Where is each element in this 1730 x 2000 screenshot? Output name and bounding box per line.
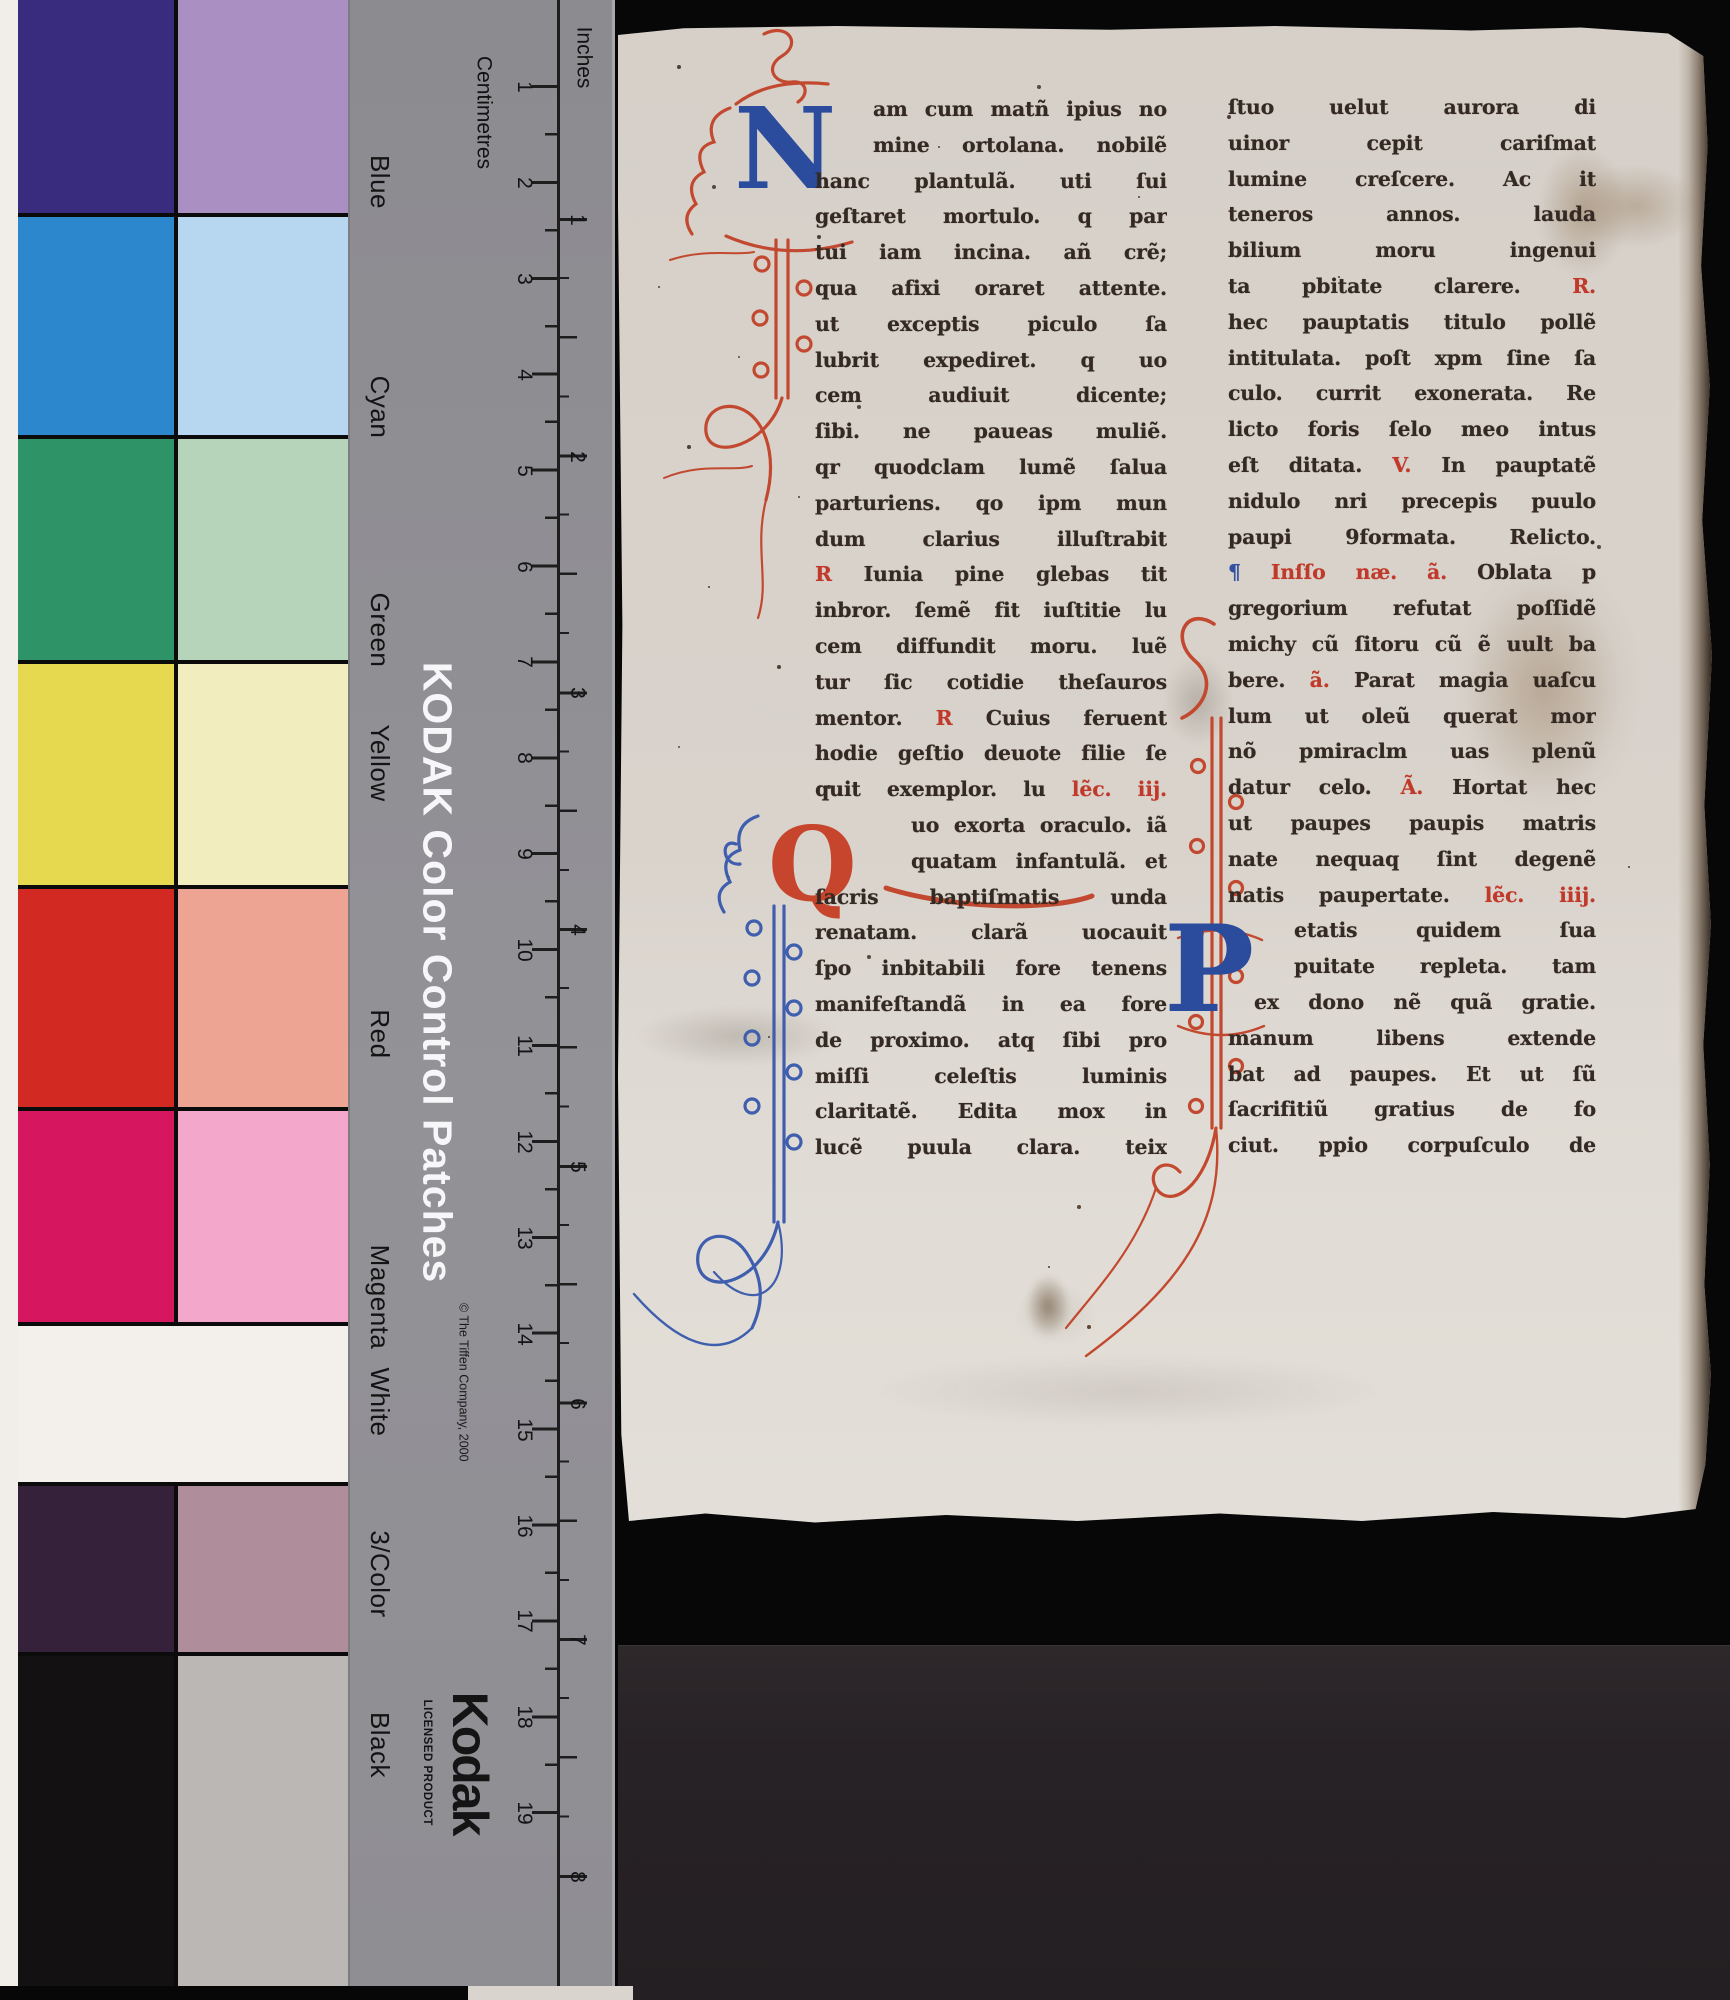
- gothic-text: eſt ditata.: [1228, 453, 1392, 477]
- ruler-number: 10: [512, 935, 536, 965]
- gothic-text: licto foris ſelo meo intus: [1228, 417, 1596, 441]
- text-line: hec pauptatis titulo pollẽ: [1228, 305, 1596, 341]
- gothic-text: nõ pmiraclm uas plenũ: [1228, 739, 1596, 763]
- ruler-number: 19: [512, 1798, 536, 1828]
- text-line: hodie geſtio deuote filie ſe: [815, 736, 1167, 772]
- gothic-text: de proximo. atq ſibi pro: [815, 1028, 1167, 1052]
- gothic-text: ſacris baptiſmatis unda: [815, 885, 1167, 909]
- gothic-text: geſtaret mortulo. q par: [815, 204, 1167, 228]
- ruler-number: 9: [512, 839, 536, 869]
- gothic-text: ſibi. ne paueas muliẽ.: [815, 419, 1167, 443]
- ruler-number: 14: [512, 1319, 536, 1349]
- gothic-text: ſpo inbitabili fore tenens: [815, 956, 1167, 980]
- patch-3color-light: [178, 1486, 350, 1652]
- gothic-text: intitulata. poſt xpm ſine ſa: [1228, 346, 1596, 370]
- gothic-text: ciut. ppio corpuſculo de: [1228, 1133, 1596, 1157]
- patch-red-light: [178, 889, 350, 1107]
- gothic-text: parturiens. qo ipm mun: [815, 491, 1167, 515]
- gothic-text: bat ad paupes. Et ut ſũ: [1228, 1062, 1596, 1086]
- gothic-text: natis paupertate.: [1228, 883, 1485, 907]
- label-3color: 3/Color: [367, 1494, 393, 1654]
- gothic-text: Parat magia uaſcu: [1354, 668, 1596, 692]
- gothic-text: Hortat hec: [1452, 775, 1596, 799]
- text-line: ex dono nẽ quã gratie.: [1228, 985, 1596, 1021]
- ink-specks: [618, 26, 620, 28]
- text-line: ta pbitate clarere. R.: [1228, 269, 1596, 305]
- text-line: uo exorta oraculo. iã: [815, 808, 1167, 844]
- text-line: miſſi celeſtis luminis: [815, 1059, 1167, 1095]
- charred-right-edge: [1678, 26, 1712, 1524]
- manuscript-leaf: N Q P am cum matñ ipius nomine ortolana.…: [618, 26, 1712, 1524]
- gothic-text: gregorium refutat poſſidẽ: [1228, 596, 1596, 620]
- text-line: intitulata. poſt xpm ſine ſa: [1228, 341, 1596, 377]
- ruler-number: 8: [565, 1862, 589, 1892]
- text-line: lucẽ puula clara. teix: [815, 1130, 1167, 1166]
- ruler-number: 5: [512, 456, 536, 486]
- patch-yellow-light: [178, 664, 350, 885]
- gothic-text: lumine creſcere. Ac it: [1228, 167, 1596, 191]
- gothic-text: ſacrifitiũ gratius de fo: [1228, 1097, 1596, 1121]
- text-line: puitate repleta. tam: [1228, 949, 1596, 985]
- kodak-logo: Kodak: [445, 1653, 495, 1873]
- text-line: manum libens extende: [1228, 1021, 1596, 1057]
- text-line: nõ pmiraclm uas plenũ: [1228, 734, 1596, 770]
- patch-magenta-dark: [18, 1111, 174, 1322]
- text-line: cem audiuit dicente;: [815, 378, 1167, 414]
- text-line: tur ſic cotidie theſauros: [815, 665, 1167, 701]
- gothic-text: dum clarius illuſtrabit: [815, 527, 1167, 551]
- gothic-text: hec pauptatis titulo pollẽ: [1228, 310, 1596, 334]
- ruler-number: 1: [565, 205, 589, 235]
- text-line: lubrit expediret. q uo: [815, 343, 1167, 379]
- gothic-text: tur ſic cotidie theſauros: [815, 670, 1167, 694]
- target-card-edge: [0, 0, 18, 1986]
- gothic-text: manifeſtandã in ea fore: [815, 992, 1167, 1016]
- ruler-number: 15: [512, 1415, 536, 1445]
- text-line: tui iam incina. añ crẽ;: [815, 235, 1167, 271]
- rubric-text: lẽc. iiij.: [1485, 883, 1596, 907]
- gothic-text: nidulo nri precepis puulo: [1228, 489, 1596, 513]
- text-line: mine ortolana. nobilẽ: [815, 128, 1167, 164]
- ruler-number: 7: [512, 647, 536, 677]
- ruler-number: 13: [512, 1223, 536, 1253]
- text-line: bilium moru ingenui: [1228, 233, 1596, 269]
- gothic-text: lum ut oleũ querat mor: [1228, 704, 1596, 728]
- gothic-text: ta pbitate clarere.: [1228, 274, 1572, 298]
- text-column-left: am cum matñ ipius nomine ortolana. nobil…: [815, 92, 1167, 1166]
- text-line: natis paupertate. lẽc. iiij.: [1228, 878, 1596, 914]
- text-line: claritatẽ. Edita mox in: [815, 1094, 1167, 1130]
- ruler-number: 4: [565, 915, 589, 945]
- gothic-text: bilium moru ingenui: [1228, 238, 1596, 262]
- text-line: hanc plantulã. uti ſui: [815, 164, 1167, 200]
- gothic-text: quit exemplor. lu: [815, 777, 1072, 801]
- gothic-text: In pauptatẽ: [1441, 453, 1596, 477]
- text-line: ¶ Inſſo næ. ã. Oblata p: [1228, 555, 1596, 591]
- gothic-text: mine ortolana. nobilẽ: [873, 133, 1167, 157]
- digitized-manuscript-photo: Blue Cyan Green Yellow Red Magenta White…: [0, 0, 1730, 2000]
- ruler-number: 4: [512, 360, 536, 390]
- text-line: ſacrifitiũ gratius de fo: [1228, 1092, 1596, 1128]
- ruler-number: 17: [512, 1606, 536, 1636]
- gothic-text: ex dono nẽ quã gratie.: [1254, 990, 1596, 1014]
- text-line: bere. ã. Parat magia uaſcu: [1228, 663, 1596, 699]
- text-line: quit exemplor. lu lẽc. iij.: [815, 772, 1167, 808]
- gothic-text: hanc plantulã. uti ſui: [815, 169, 1167, 193]
- gothic-text: michy cũ ſitoru cũ ẽ uult ba: [1228, 632, 1596, 656]
- ruler-number: 3: [512, 264, 536, 294]
- patch-3color-dark: [18, 1486, 174, 1652]
- text-line: etatis quidem ſua: [1228, 913, 1596, 949]
- text-line: licto foris ſelo meo intus: [1228, 412, 1596, 448]
- gothic-text: uinor cepit cariſmat: [1228, 131, 1596, 155]
- text-line: manifeſtandã in ea fore: [815, 987, 1167, 1023]
- gothic-text: lubrit expediret. q uo: [815, 348, 1167, 372]
- patch-blue-dark: [18, 0, 174, 213]
- rubric-text: R.: [1572, 274, 1596, 298]
- patch-cyan-light: [178, 217, 350, 435]
- label-blue: Blue: [367, 102, 393, 262]
- ruler-number: 18: [512, 1702, 536, 1732]
- ruler-number: 16: [512, 1511, 536, 1541]
- text-line: qua afixi oraret attente.: [815, 271, 1167, 307]
- gothic-text: ut paupes paupis matris: [1228, 811, 1596, 835]
- gothic-text: Iunia pine glebas tit: [864, 562, 1167, 586]
- gothic-text: hodie geſtio deuote filie ſe: [815, 741, 1167, 765]
- gothic-text: lucẽ puula clara. teix: [815, 1135, 1167, 1159]
- stain: [1163, 656, 1233, 746]
- ruler-number: 8: [512, 743, 536, 773]
- patch-white: [18, 1326, 350, 1482]
- text-line: nidulo nri precepis puulo: [1228, 484, 1596, 520]
- gothic-text: nate nequaq ſint degenẽ: [1228, 847, 1596, 871]
- text-line: inbror. ſemẽ fit iuſtitie lu: [815, 593, 1167, 629]
- text-line: de proximo. atq ſibi pro: [815, 1023, 1167, 1059]
- ruler-number: 2: [565, 442, 589, 472]
- text-line: ut exceptis piculo ſa: [815, 307, 1167, 343]
- text-line: quatam infantulã. et: [815, 844, 1167, 880]
- gothic-text: puitate repleta. tam: [1294, 954, 1596, 978]
- patch-blue-light: [178, 0, 350, 213]
- gothic-text: tui iam incina. añ crẽ;: [815, 240, 1167, 264]
- text-line: culo. currit exonerata. Re: [1228, 376, 1596, 412]
- paraph-mark: ¶: [1228, 560, 1241, 584]
- gothic-text: cem audiuit dicente;: [815, 383, 1167, 407]
- gothic-text: quatam infantulã. et: [911, 849, 1167, 873]
- cm-minor-ticks: [545, 133, 557, 1778]
- text-line: paupi 9formata. Relicto.: [1228, 520, 1596, 556]
- text-line: parturiens. qo ipm mun: [815, 486, 1167, 522]
- rubric-text: R: [815, 562, 864, 586]
- gothic-text: bere.: [1228, 668, 1310, 692]
- text-line: uinor cepit cariſmat: [1228, 126, 1596, 162]
- text-line: lumine creſcere. Ac it: [1228, 162, 1596, 198]
- ruler-number: 5: [565, 1152, 589, 1182]
- stain: [638, 1006, 838, 1066]
- text-line: ſacris baptiſmatis unda: [815, 880, 1167, 916]
- gothic-text: cem diffundit moru. luẽ: [815, 634, 1167, 658]
- text-line: ſpo inbitabili fore tenens: [815, 951, 1167, 987]
- ruler-number: 6: [512, 552, 536, 582]
- copyright-text: © The Tiffen Company, 2000: [457, 1282, 470, 1482]
- stain: [868, 1356, 1388, 1426]
- backing-board: [618, 1645, 1730, 2000]
- text-line: qr quodclam lumẽ ſalua: [815, 450, 1167, 486]
- stain: [1026, 1274, 1070, 1338]
- patch-magenta-light: [178, 1111, 350, 1322]
- gothic-text: miſſi celeſtis luminis: [815, 1064, 1167, 1088]
- gothic-text: inbror. ſemẽ fit iuſtitie lu: [815, 598, 1167, 622]
- rubric-text: R: [936, 706, 986, 730]
- gothic-text: culo. currit exonerata. Re: [1228, 381, 1596, 405]
- patch-green-dark: [18, 439, 174, 660]
- label-white: White: [367, 1322, 393, 1482]
- rubric-text: V.: [1392, 453, 1441, 477]
- gothic-text: ſtuo uelut aurora di: [1228, 95, 1596, 119]
- gothic-text: renatam. clarã uocauit: [815, 920, 1167, 944]
- text-line: ciut. ppio corpuſculo de: [1228, 1128, 1596, 1164]
- centimetres-label: Centimetres: [474, 28, 495, 198]
- gothic-text: qua afixi oraret attente.: [815, 276, 1167, 300]
- label-black: Black: [367, 1665, 393, 1825]
- rubric-text: lẽc. iij.: [1072, 777, 1167, 801]
- gothic-text: ut exceptis piculo ſa: [815, 312, 1167, 336]
- text-line: datur celo. Ã. Hortat hec: [1228, 770, 1596, 806]
- text-line: ut paupes paupis matris: [1228, 806, 1596, 842]
- gothic-text: qr quodclam lumẽ ſalua: [815, 455, 1167, 479]
- text-line: gregorium refutat poſſidẽ: [1228, 591, 1596, 627]
- patch-cyan-dark: [18, 217, 174, 435]
- gothic-text: manum libens extende: [1228, 1026, 1596, 1050]
- patch-yellow-dark: [18, 664, 174, 885]
- patch-red-dark: [18, 889, 174, 1107]
- text-line: bat ad paupes. Et ut ſũ: [1228, 1057, 1596, 1093]
- ruler-number: 7: [565, 1625, 589, 1655]
- gothic-text: paupi 9formata. Relicto.: [1228, 525, 1596, 549]
- ruler-number: 12: [512, 1127, 536, 1157]
- licensed-product-text: LICENSED PRODUCT: [420, 1668, 432, 1858]
- kodak-brand-text: KODAK Color Control Patches: [417, 603, 458, 1343]
- label-cyan: Cyan: [367, 327, 393, 487]
- ruler-number: 6: [565, 1389, 589, 1419]
- patch-black-dark: [18, 1656, 174, 1986]
- text-line: R Iunia pine glebas tit: [815, 557, 1167, 593]
- text-line: geſtaret mortulo. q par: [815, 199, 1167, 235]
- patch-black-light: [178, 1656, 350, 1986]
- text-line: mentor. R Cuius feruent: [815, 701, 1167, 737]
- text-line: nate nequaq ſint degenẽ: [1228, 842, 1596, 878]
- ruler-number: 3: [565, 678, 589, 708]
- gothic-text: mentor.: [815, 706, 936, 730]
- color-control-patches: [18, 0, 350, 1986]
- label-yellow: Yellow: [367, 683, 393, 843]
- gothic-text: uo exorta oraculo. iã: [911, 813, 1167, 837]
- card-bottom-edge: [468, 1986, 633, 2000]
- rubric-text: Inſſo næ. ã.: [1241, 560, 1477, 584]
- ruler-number: 11: [512, 1031, 536, 1061]
- text-line: ſibi. ne paueas muliẽ.: [815, 414, 1167, 450]
- rubric-text: Ã.: [1401, 775, 1453, 799]
- text-line: michy cũ ſitoru cũ ẽ uult ba: [1228, 627, 1596, 663]
- patch-green-light: [178, 439, 350, 660]
- ruler-number: 1: [512, 72, 536, 102]
- gothic-text: etatis quidem ſua: [1294, 918, 1596, 942]
- ruler-number: 2: [512, 168, 536, 198]
- gothic-text: Cuius feruent: [986, 706, 1167, 730]
- text-line: am cum matñ ipius no: [815, 92, 1167, 128]
- label-red: Red: [367, 954, 393, 1114]
- rubric-text: ã.: [1310, 668, 1354, 692]
- inches-label: Inches: [574, 3, 595, 113]
- text-line: dum clarius illuſtrabit: [815, 522, 1167, 558]
- gothic-text: teneros annos. lauda: [1228, 202, 1596, 226]
- gothic-text: datur celo.: [1228, 775, 1401, 799]
- text-line: ſtuo uelut aurora di: [1228, 90, 1596, 126]
- gothic-text: claritatẽ. Edita mox in: [815, 1099, 1167, 1123]
- text-column-right: ſtuo uelut aurora diuinor cepit cariſmat…: [1228, 90, 1596, 1164]
- gothic-text: am cum matñ ipius no: [873, 97, 1167, 121]
- text-line: cem diffundit moru. luẽ: [815, 629, 1167, 665]
- text-line: eſt ditata. V. In pauptatẽ: [1228, 448, 1596, 484]
- text-line: teneros annos. lauda: [1228, 197, 1596, 233]
- text-line: lum ut oleũ querat mor: [1228, 699, 1596, 735]
- text-line: renatam. clarã uocauit: [815, 915, 1167, 951]
- gothic-text: Oblata p: [1477, 560, 1596, 584]
